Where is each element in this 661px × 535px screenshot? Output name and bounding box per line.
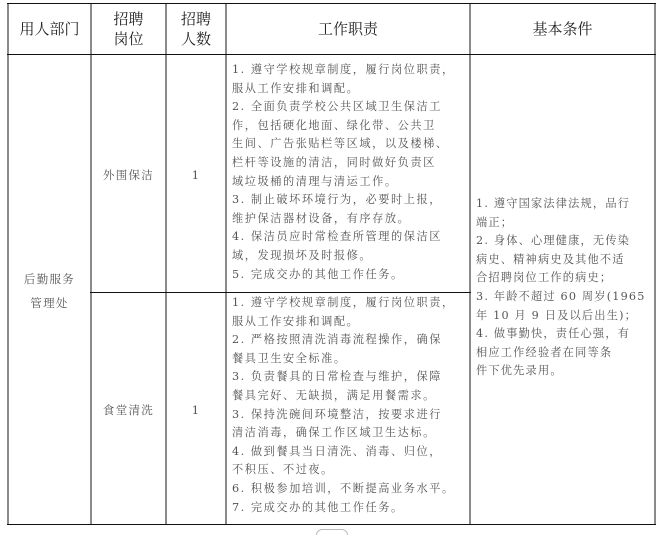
header-label: 基本条件: [532, 19, 592, 39]
duty-line: 1. 遵守学校规章制度，履行岗位职责，: [232, 294, 455, 313]
duty-line: 餐具卫生安全标准。: [232, 350, 455, 369]
recruitment-table: 用人部门 招聘 岗位 招聘 人数 工作职责 基本条件 后勤服务 管理处 外围保洁…: [7, 3, 656, 525]
header-duties: 工作职责: [227, 3, 469, 54]
requirement-line: 3. 年龄不超过 60 周岁(1965: [476, 288, 646, 307]
header-label: 人数: [181, 29, 211, 49]
duty-line: 3. 保持洗碗间环境整洁，按要求进行: [232, 406, 455, 425]
requirement-line: 1. 遵守国家法律法规，品行: [476, 195, 646, 214]
duties-cell: 1. 遵守学校规章制度，履行岗位职责， 服从工作安排和调配。 2. 严格按照清洗…: [232, 294, 455, 517]
table-border-bottom: [7, 524, 656, 525]
header-divider: [7, 54, 656, 55]
duty-line: 4. 做到餐具当日清洗、消毒、归位，: [232, 443, 455, 462]
header-label: 工作职责: [318, 19, 378, 39]
page-indicator[interactable]: [316, 529, 348, 535]
count-cell: 1: [167, 168, 225, 182]
duty-line: 4. 保洁员应时常检查所管理的保洁区: [232, 228, 455, 247]
department-name-line1: 后勤服务: [9, 267, 90, 291]
column-divider: [90, 3, 92, 525]
duty-line: 餐具完好、无缺损，满足用餐需求。: [232, 387, 455, 406]
duty-line: 域，发现损坏及时报修。: [232, 247, 455, 266]
department-cell: 后勤服务 管理处: [9, 267, 90, 315]
row-divider: [90, 292, 471, 293]
headcount-value: 1: [192, 403, 201, 417]
requirement-line: 2. 身体、心理健康，无传染: [476, 232, 646, 251]
column-divider: [225, 3, 227, 525]
position-name: 食堂清洗: [103, 403, 154, 417]
duty-line: 2. 严格按照清洗消毒流程操作，确保: [232, 331, 455, 350]
duties-cell: 1. 遵守学校规章制度，履行岗位职责， 服从工作安排和调配。 2. 全面负责学校…: [232, 61, 455, 284]
requirements-cell: 1. 遵守国家法律法规，品行 端正； 2. 身体、心理健康，无传染 病史、精神病…: [476, 195, 646, 381]
duty-line: 1. 遵守学校规章制度，履行岗位职责，: [232, 61, 455, 80]
duty-line: 栏杆等设施的清洁，同时做好负责区: [232, 154, 455, 173]
header-count: 招聘 人数: [167, 3, 225, 54]
duty-line: 服从工作安排和调配。: [232, 80, 455, 99]
header-position: 招聘 岗位: [92, 3, 165, 54]
duty-line: 域垃圾桶的清理与清运工作。: [232, 173, 455, 192]
table-border-right: [654, 3, 656, 525]
duty-line: 3. 制止破坏环境行为，必要时上报，: [232, 191, 455, 210]
duty-line: 维护保洁器材设备，有序存放。: [232, 210, 455, 229]
table-border-left: [7, 3, 9, 525]
requirement-line: 病史、精神病史及其他不适: [476, 251, 646, 270]
duty-line: 作，包括硬化地面、绿化带、公共卫: [232, 117, 455, 136]
duty-line: 5. 完成交办的其他工作任务。: [232, 266, 455, 285]
header-label: 招聘: [113, 9, 143, 29]
column-divider: [469, 3, 471, 525]
requirement-line: 合招聘岗位工作的病史；: [476, 269, 646, 288]
position-name: 外围保洁: [103, 168, 154, 182]
duty-line: 7. 完成交办的其他工作任务。: [232, 499, 455, 518]
headcount-value: 1: [192, 168, 201, 182]
requirement-line: 端正；: [476, 214, 646, 233]
requirement-line: 4. 做事勤快，责任心强，有: [476, 325, 646, 344]
requirement-line: 年 10 月 9 日及以后出生)；: [476, 307, 646, 326]
duty-line: 服从工作安排和调配。: [232, 313, 455, 332]
header-label: 岗位: [113, 29, 143, 49]
duty-line: 3. 负责餐具的日常检查与维护，保障: [232, 368, 455, 387]
requirement-line: 相应工作经验者在同等条: [476, 344, 646, 363]
position-cell: 食堂清洗: [92, 402, 165, 418]
header-label: 用人部门: [19, 19, 79, 39]
duty-line: 生间、广告张贴栏等区域，以及楼梯、: [232, 135, 455, 154]
header-requirements: 基本条件: [471, 3, 654, 54]
duty-line: 2. 全面负责学校公共区域卫生保洁工: [232, 98, 455, 117]
count-cell: 1: [167, 403, 225, 417]
department-name-line2: 管理处: [9, 291, 90, 315]
header-department: 用人部门: [9, 3, 90, 54]
position-cell: 外围保洁: [92, 167, 165, 183]
duty-line: 6. 积极参加培训，不断提高业务水平。: [232, 480, 455, 499]
duty-line: 不积压、不过夜。: [232, 461, 455, 480]
duty-line: 清洁消毒，确保工作区域卫生达标。: [232, 424, 455, 443]
header-label: 招聘: [181, 9, 211, 29]
requirement-line: 件下优先录用。: [476, 362, 646, 381]
column-divider: [165, 3, 167, 525]
